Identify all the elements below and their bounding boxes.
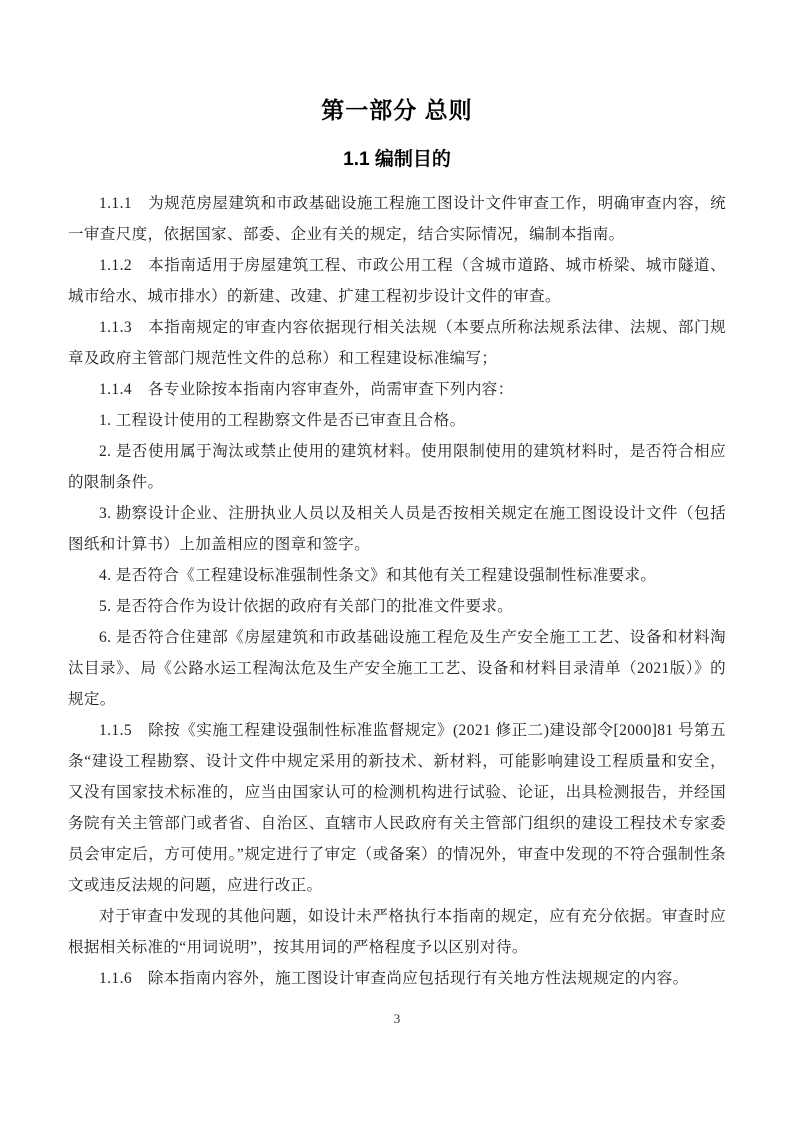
- paragraph: 1.1.1 为规范房屋建筑和市政基础设施工程施工图设计文件审查工作，明确审查内容…: [68, 188, 726, 250]
- section-heading: 1.1 编制目的: [0, 146, 794, 174]
- paragraph: 2. 是否使用属于淘汰或禁止使用的建筑材料。使用限制使用的建筑材料时，是否符合相…: [68, 436, 726, 498]
- page-title: 第一部分 总则: [0, 0, 794, 126]
- paragraph: 1.1.5 除按《实施工程建设强制性标准监督规定》(2021 修正二)建设部令[…: [68, 715, 726, 901]
- paragraph: 1.1.4 各专业除按本指南内容审查外，尚需审查下列内容：: [68, 374, 726, 405]
- paragraph: 1. 工程设计使用的工程勘察文件是否已审查且合格。: [68, 405, 726, 436]
- paragraph: 1.1.3 本指南规定的审查内容依据现行相关法规（本要点所称法规系法律、法规、部…: [68, 312, 726, 374]
- paragraph: 1.1.6 除本指南内容外，施工图设计审查尚应包括现行有关地方性法规规定的内容。: [68, 963, 726, 994]
- paragraph: 5. 是否符合作为设计依据的政府有关部门的批准文件要求。: [68, 591, 726, 622]
- document-page: 第一部分 总则 1.1 编制目的 1.1.1 为规范房屋建筑和市政基础设施工程施…: [0, 0, 794, 1122]
- paragraph: 3. 勘察设计企业、注册执业人员以及相关人员是否按相关规定在施工图设设计文件（包…: [68, 498, 726, 560]
- paragraph: 6. 是否符合住建部《房屋建筑和市政基础设施工程危及生产安全施工工艺、设备和材料…: [68, 622, 726, 715]
- paragraph: 4. 是否符合《工程建设标准强制性条文》和其他有关工程建设强制性标准要求。: [68, 560, 726, 591]
- body-text: 1.1.1 为规范房屋建筑和市政基础设施工程施工图设计文件审查工作，明确审查内容…: [68, 188, 726, 994]
- page-number: 3: [0, 1010, 794, 1028]
- paragraph: 1.1.2 本指南适用于房屋建筑工程、市政公用工程（含城市道路、城市桥梁、城市隧…: [68, 250, 726, 312]
- paragraph: 对于审查中发现的其他问题，如设计未严格执行本指南的规定，应有充分依据。审查时应根…: [68, 901, 726, 963]
